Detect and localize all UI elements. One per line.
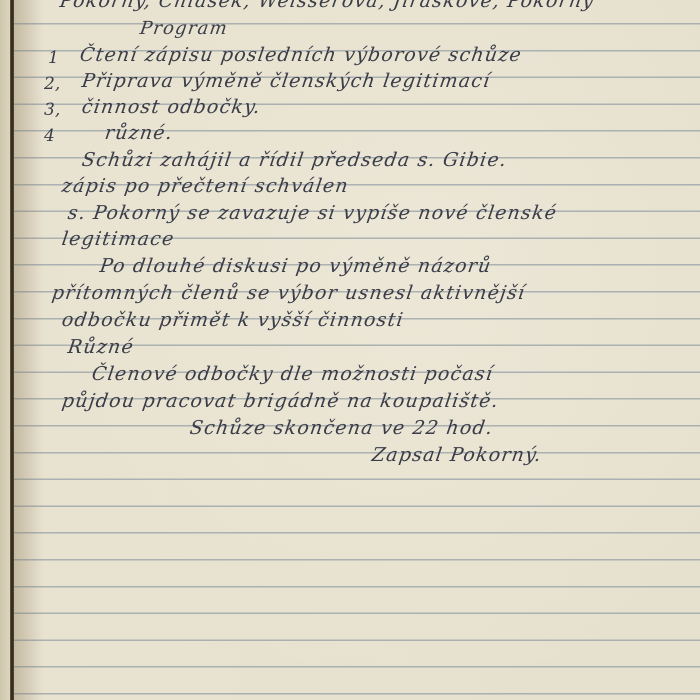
program-item-3: činnost odbočky.	[80, 96, 262, 118]
minutes-line-4: legitimace	[60, 228, 176, 250]
binding-shadow	[14, 0, 44, 700]
attendees-line: Pokorný, Chlásek, Weisserová, Jiráskové,…	[58, 0, 596, 12]
program-item-2-number: 2,	[44, 74, 60, 94]
program-item-3-number: 3,	[44, 100, 60, 120]
notebook-page: Pokorný, Chlásek, Weisserová, Jiráskové,…	[0, 0, 700, 700]
program-heading: Program	[139, 18, 230, 39]
recorder-signature: Zapsal Pokorný.	[370, 444, 543, 466]
program-item-4-number: 4	[44, 126, 55, 146]
minutes-line-3: s. Pokorný se zavazuje si vypíše nové čl…	[66, 202, 558, 224]
program-item-1-number: 1	[48, 48, 59, 68]
minutes-line-9: půjdou pracovat brigádně na koupaliště.	[60, 390, 500, 412]
minutes-line-2: zápis po přečtení schválen	[60, 175, 350, 197]
program-item-2: Připrava výměně členských legitimací	[80, 70, 492, 92]
minutes-line-8: Členové odbočky dle možnosti počasí	[90, 363, 494, 385]
program-item-4: různé.	[103, 122, 174, 144]
adjacent-page-edge	[0, 0, 10, 700]
program-item-1: Čtení zápisu posledních výborové schůze	[78, 44, 523, 66]
minutes-line-7: odbočku přimět k vyšší činnosti	[60, 309, 405, 331]
minutes-heading-various: Různé	[66, 336, 135, 358]
minutes-line-1: Schůzi zahájil a řídil předseda s. Gibie…	[80, 149, 508, 171]
minutes-line-5: Po dlouhé diskusi po výměně názorů	[98, 255, 493, 277]
meeting-closed-line: Schůze skončena ve 22 hod.	[188, 417, 494, 439]
minutes-line-6: přítomných členů se výbor usnesl aktivně…	[50, 282, 527, 304]
